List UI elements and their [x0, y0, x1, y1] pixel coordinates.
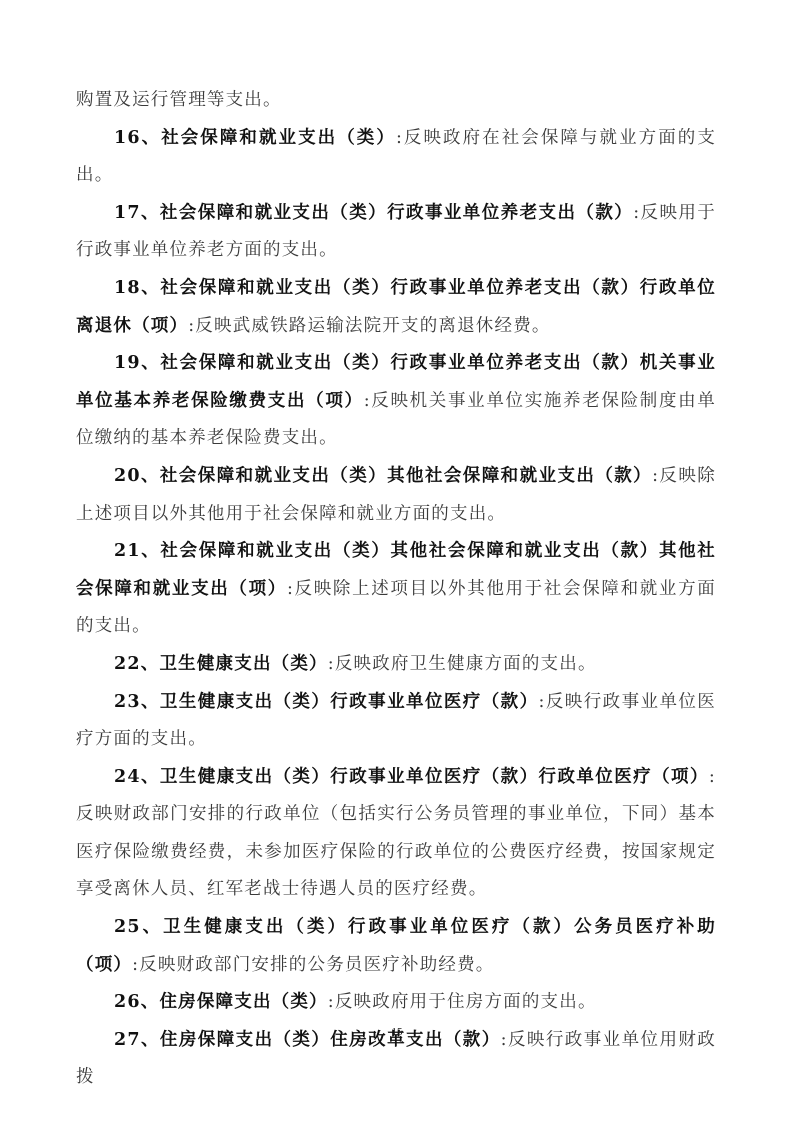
item-24: 24、卫生健康支出（类）行政事业单位医疗（款）行政单位医疗（项）:反映财政部门安…: [76, 759, 716, 909]
item-term: 卫生健康支出（类）: [159, 654, 327, 674]
item-16: 16、社会保障和就业支出（类）:反映政府在社会保障与就业方面的支出。: [76, 120, 716, 195]
item-term: 住房保障支出（类）: [159, 992, 327, 1012]
item-number: 24、: [114, 767, 160, 787]
item-20: 20、社会保障和就业支出（类）其他社会保障和就业支出（款）:反映除上述项目以外其…: [76, 458, 716, 533]
item-term: 卫生健康支出（类）行政事业单位医疗（款）行政单位医疗（项）: [160, 767, 709, 787]
item-term: 卫生健康支出（类）行政事业单位医疗（款）: [160, 692, 539, 712]
item-number: 18、: [114, 278, 160, 298]
page-number: 15: [0, 1026, 794, 1038]
item-number: 26、: [114, 992, 159, 1012]
item-number: 20、: [114, 466, 160, 486]
item-term: 社会保障和就业支出（类）行政事业单位养老支出（款）: [160, 203, 633, 223]
continuation-text: 购置及运行管理等支出。: [76, 90, 282, 110]
item-description: :反映财政部门安排的公务员医疗补助经费。: [132, 955, 494, 975]
item-description: :反映政府卫生健康方面的支出。: [328, 654, 597, 674]
item-number: 19、: [114, 353, 160, 373]
item-23: 23、卫生健康支出（类）行政事业单位医疗（款）:反映行政事业单位医疗方面的支出。: [76, 684, 716, 759]
item-number: 25、: [114, 917, 163, 937]
item-number: 16、: [114, 128, 161, 148]
continuation-paragraph: 购置及运行管理等支出。: [76, 82, 716, 120]
item-17: 17、社会保障和就业支出（类）行政事业单位养老支出（款）:反映用于行政事业单位养…: [76, 195, 716, 270]
item-21: 21、社会保障和就业支出（类）其他社会保障和就业支出（款）其他社会保障和就业支出…: [76, 533, 716, 646]
item-term: 社会保障和就业支出（类）其他社会保障和就业支出（款）: [160, 466, 652, 486]
item-number: 22、: [114, 654, 159, 674]
item-term: 社会保障和就业支出（类）: [161, 128, 396, 148]
item-description: :反映政府用于住房方面的支出。: [328, 992, 597, 1012]
document-page: 购置及运行管理等支出。 16、社会保障和就业支出（类）:反映政府在社会保障与就业…: [76, 82, 716, 1097]
item-26: 26、住房保障支出（类）:反映政府用于住房方面的支出。: [76, 984, 716, 1022]
item-number: 21、: [114, 541, 160, 561]
item-number: 23、: [114, 692, 160, 712]
item-description: :反映武威铁路运输法院开支的离退休经费。: [188, 316, 550, 336]
item-number: 17、: [114, 203, 160, 223]
item-18: 18、社会保障和就业支出（类）行政事业单位养老支出（款）行政单位离退休（项）:反…: [76, 270, 716, 345]
item-19: 19、社会保障和就业支出（类）行政事业单位养老支出（款）机关事业单位基本养老保险…: [76, 345, 716, 458]
item-22: 22、卫生健康支出（类）:反映政府卫生健康方面的支出。: [76, 646, 716, 684]
item-25: 25、卫生健康支出（类）行政事业单位医疗（款）公务员医疗补助（项）:反映财政部门…: [76, 909, 716, 984]
